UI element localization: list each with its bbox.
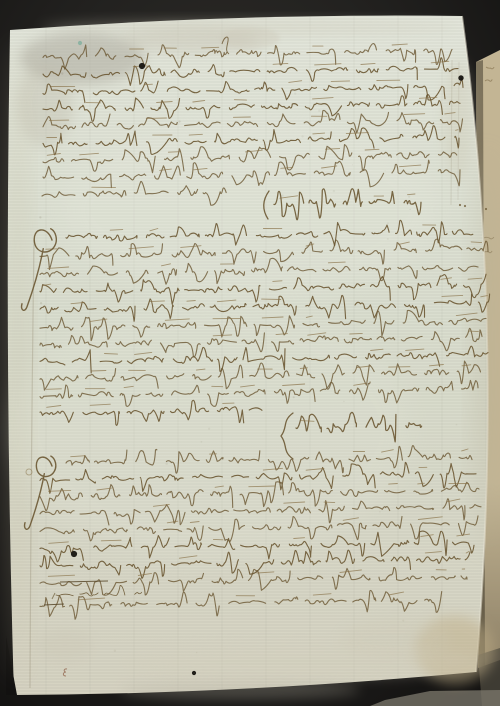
ink-blot-hole — [71, 551, 77, 557]
ink-dot — [464, 205, 466, 207]
ink-dot — [485, 208, 487, 210]
ink-blot-hole — [458, 75, 463, 80]
ink-dot — [459, 204, 461, 206]
manuscript-scene — [0, 0, 500, 706]
teal-speck — [78, 41, 82, 45]
ink-blot-hole — [139, 63, 145, 69]
ink-blot-hole — [192, 671, 196, 675]
manuscript-photo — [0, 0, 500, 706]
